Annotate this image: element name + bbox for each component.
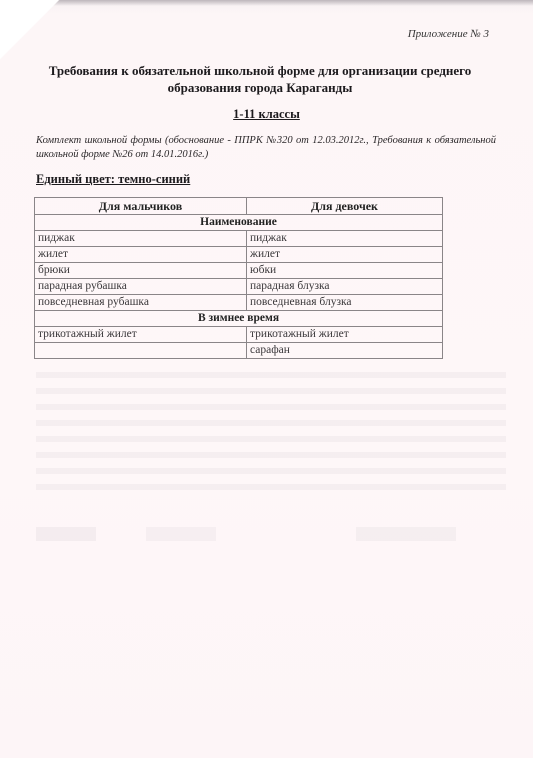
- table-row: парадная рубашка парадная блузка: [35, 279, 443, 295]
- table-row: сарафан: [35, 343, 443, 359]
- section-title-winter: В зимнее время: [35, 311, 443, 327]
- scan-edge-shadow: [40, 0, 533, 6]
- cell-boys: жилет: [35, 247, 247, 263]
- cell-girls: юбки: [247, 263, 443, 279]
- cell-girls: пиджак: [247, 231, 443, 247]
- cell-boys: брюки: [35, 263, 247, 279]
- document-title: Требования к обязательной школьной форме…: [40, 62, 480, 96]
- table-row: жилет жилет: [35, 247, 443, 263]
- header-boys: Для мальчиков: [35, 198, 247, 215]
- section-row-main: Наименование: [35, 215, 443, 231]
- cell-girls: сарафан: [247, 343, 443, 359]
- section-row-winter: В зимнее время: [35, 311, 443, 327]
- scanned-page: Приложение № 3 Требования к обязательной…: [0, 0, 533, 758]
- uniform-color-heading: Единый цвет: темно-синий: [36, 172, 190, 187]
- table-row: брюки юбки: [35, 263, 443, 279]
- cell-girls: жилет: [247, 247, 443, 263]
- bleed-through-texture: [36, 372, 506, 492]
- bleed-through-signature: [36, 527, 506, 541]
- basis-note: Комплект школьной формы (обоснование - П…: [36, 134, 496, 162]
- grades-heading: 1-11 классы: [0, 107, 533, 122]
- uniform-table: Для мальчиков Для девочек Наименование п…: [34, 197, 443, 359]
- table-header-row: Для мальчиков Для девочек: [35, 198, 443, 215]
- header-girls: Для девочек: [247, 198, 443, 215]
- title-line-1: Требования к обязательной школьной форме…: [40, 62, 480, 79]
- cell-girls: повседневная блузка: [247, 295, 443, 311]
- cell-girls: парадная блузка: [247, 279, 443, 295]
- folded-corner: [0, 0, 60, 70]
- cell-boys: пиджак: [35, 231, 247, 247]
- cell-boys: повседневная рубашка: [35, 295, 247, 311]
- table-row: повседневная рубашка повседневная блузка: [35, 295, 443, 311]
- section-title-main: Наименование: [35, 215, 443, 231]
- cell-boys: парадная рубашка: [35, 279, 247, 295]
- table-row: пиджак пиджак: [35, 231, 443, 247]
- title-line-2: образования города Караганды: [40, 79, 480, 96]
- annex-label: Приложение № 3: [408, 28, 489, 40]
- cell-boys: [35, 343, 247, 359]
- cell-boys: трикотажный жилет: [35, 327, 247, 343]
- table-row: трикотажный жилет трикотажный жилет: [35, 327, 443, 343]
- cell-girls: трикотажный жилет: [247, 327, 443, 343]
